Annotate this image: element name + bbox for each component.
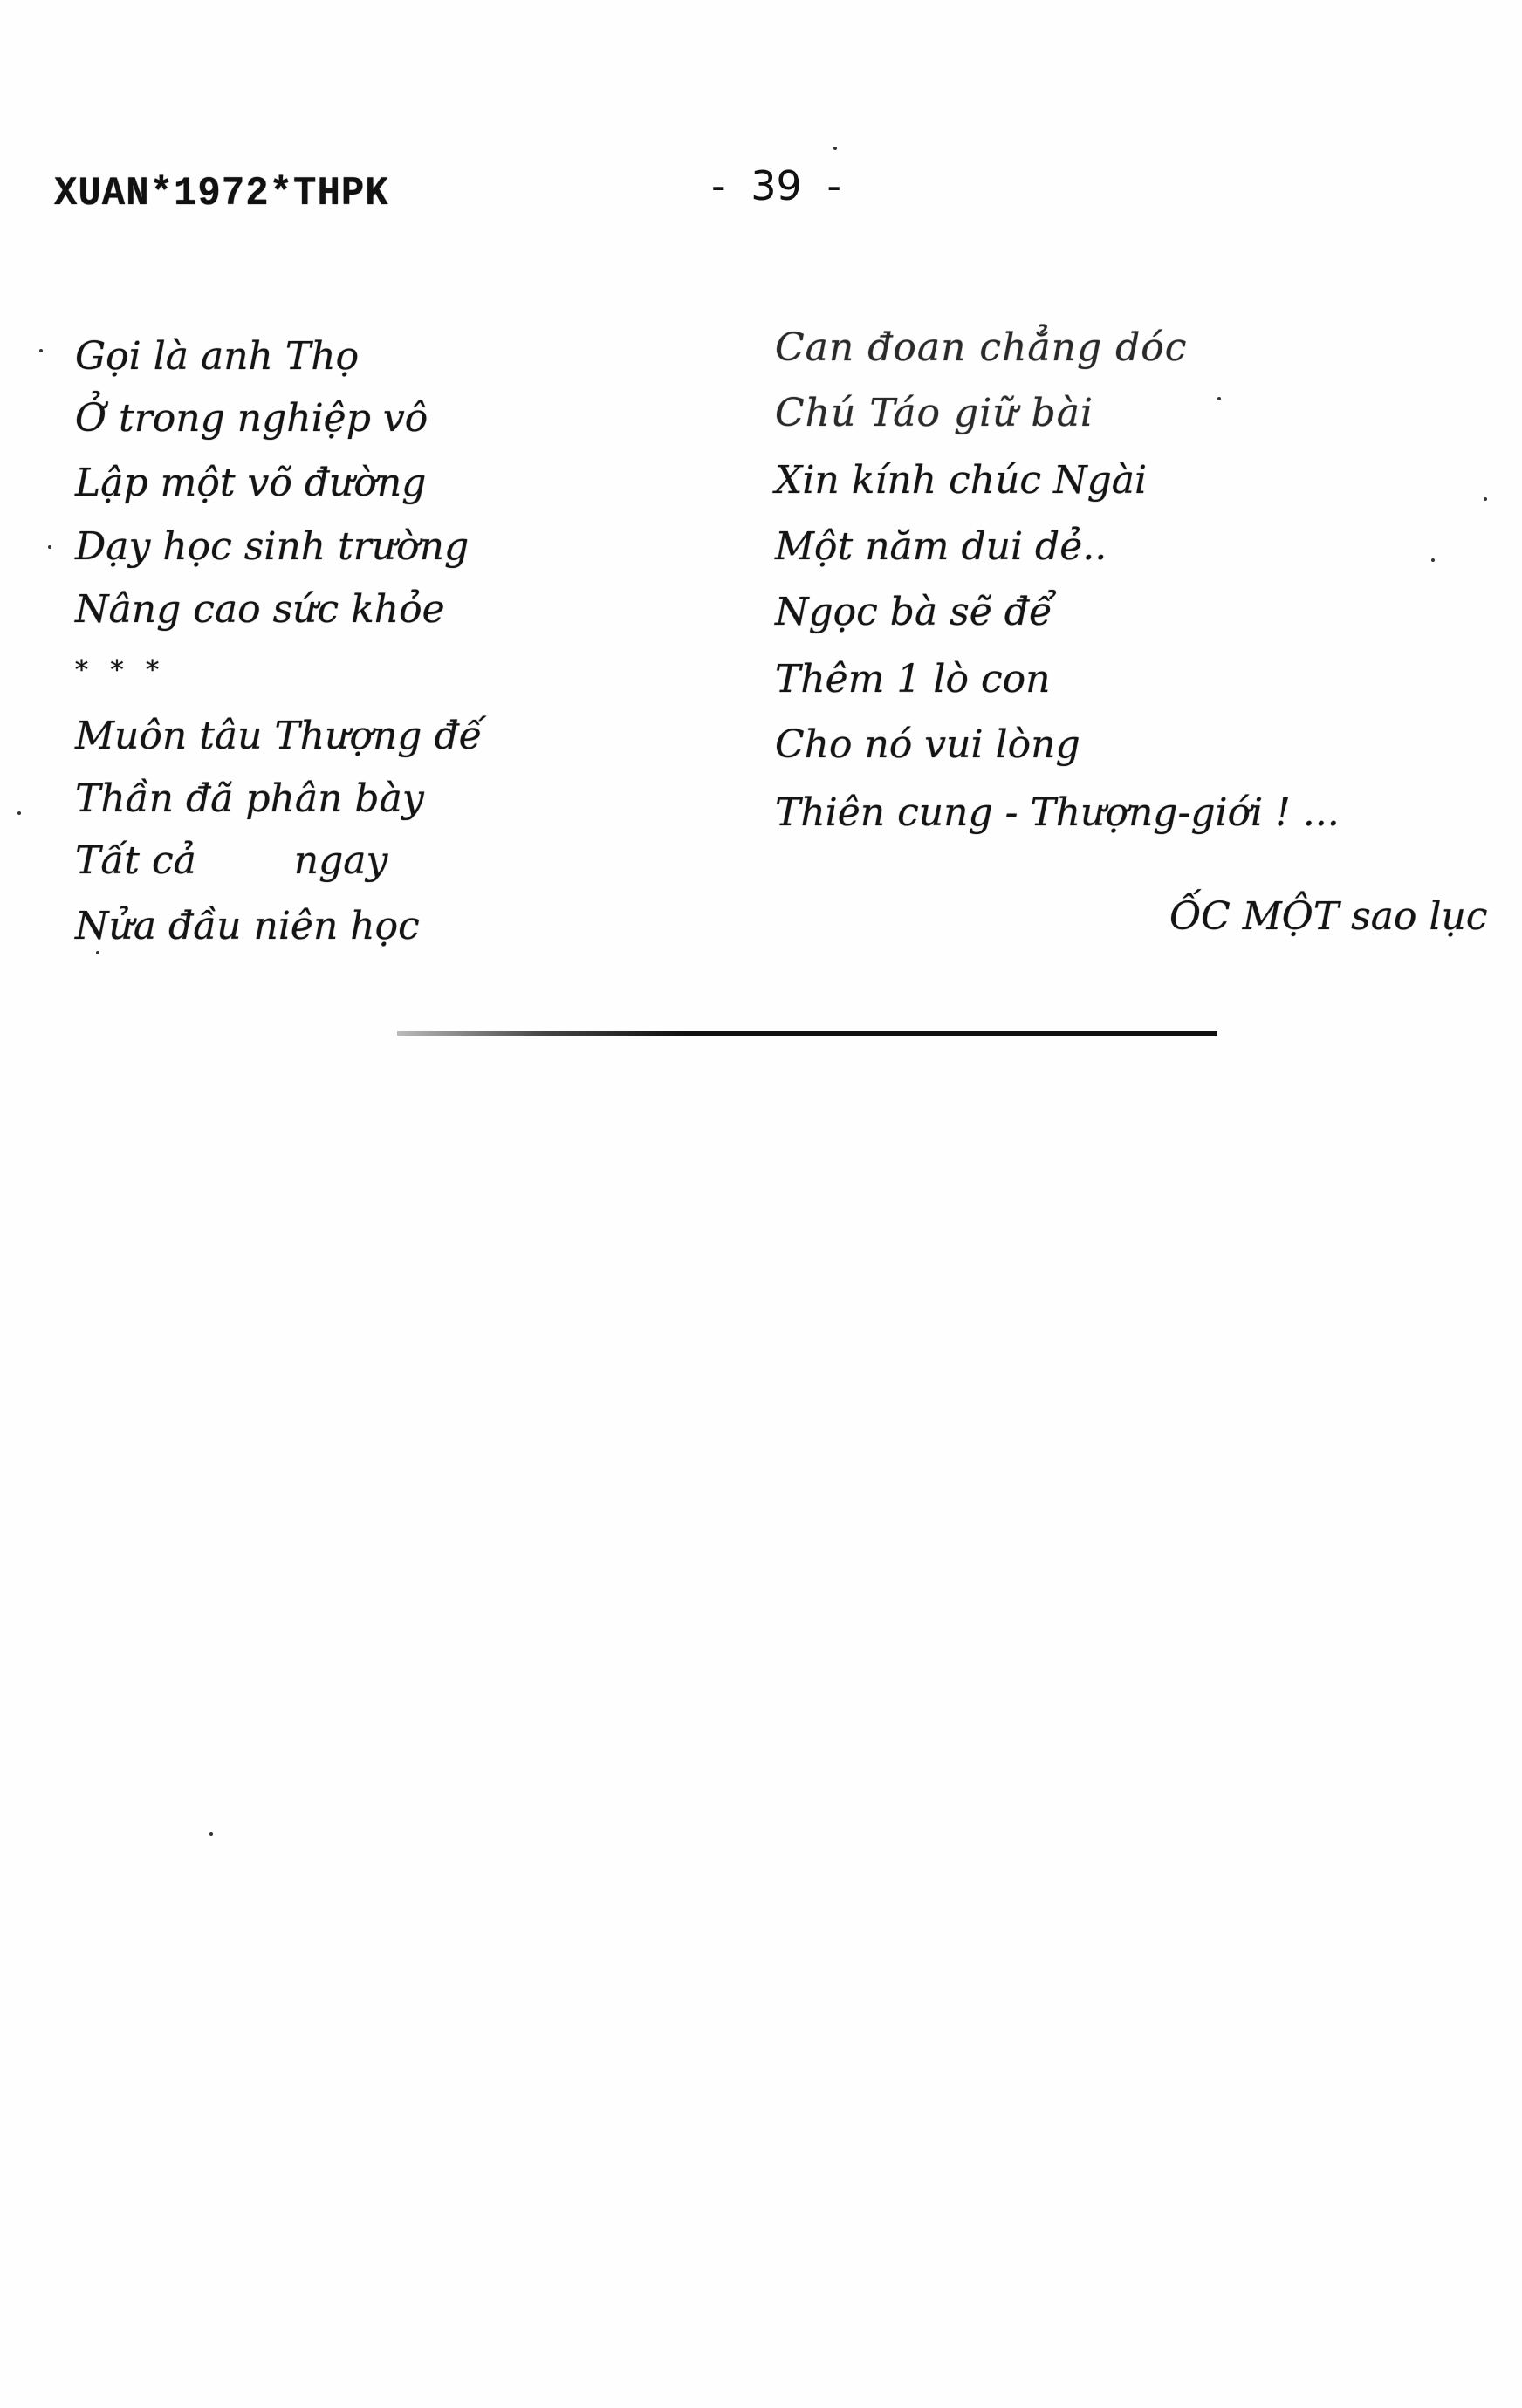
poem-line: Lập một võ đường — [75, 460, 426, 507]
signature: ỐC MỘT sao lục — [1169, 893, 1488, 941]
poem-line: Tất cả ngay — [75, 838, 387, 885]
stanza-separator: * * * — [75, 647, 166, 694]
poem-line: Thêm 1 lò con — [775, 656, 1050, 703]
scan-speck — [48, 545, 51, 549]
poem-line: Gọi là anh Thọ — [75, 333, 359, 380]
poem-line: Dạy học sinh trường — [75, 523, 469, 571]
poem-line: Cho nó vui lòng — [775, 722, 1080, 769]
poem-line: Can đoan chẳng dóc — [775, 325, 1187, 372]
poem-line: Ở trong nghiệp vô — [75, 395, 428, 442]
scan-speck — [1484, 497, 1487, 501]
scan-speck — [833, 147, 837, 150]
scan-speck — [96, 951, 99, 954]
poem-line: Chú Táo giữ bài — [775, 390, 1094, 437]
poem-line: Nâng cao sức khỏe — [75, 586, 445, 633]
poem-line: Nửa đầu niên học — [75, 903, 420, 950]
poem-line: Một năm dui dẻ.. — [775, 523, 1107, 571]
page-number: - 39 - — [711, 162, 841, 209]
poem-line: Muôn tâu Thượng đế — [75, 713, 483, 760]
scan-speck — [1431, 558, 1435, 562]
poem-line: Thiên cung - Thượng-giới ! ... — [775, 790, 1340, 837]
poem-line: Thần đã phân bày — [75, 776, 424, 823]
scan-speck — [1217, 397, 1221, 400]
scan-speck — [209, 1832, 213, 1836]
horizontal-rule — [397, 1031, 1217, 1036]
scanned-page: XUAN*1972*THPK - 39 - Gọi là anh Thọ Ở t… — [0, 0, 1522, 2408]
scan-speck — [39, 349, 43, 352]
poem-line: Ngọc bà sẽ để — [775, 589, 1052, 636]
scan-speck — [17, 811, 21, 815]
publication-header: XUAN*1972*THPK — [54, 171, 389, 217]
poem-line: Xin kính chúc Ngài — [775, 457, 1147, 504]
